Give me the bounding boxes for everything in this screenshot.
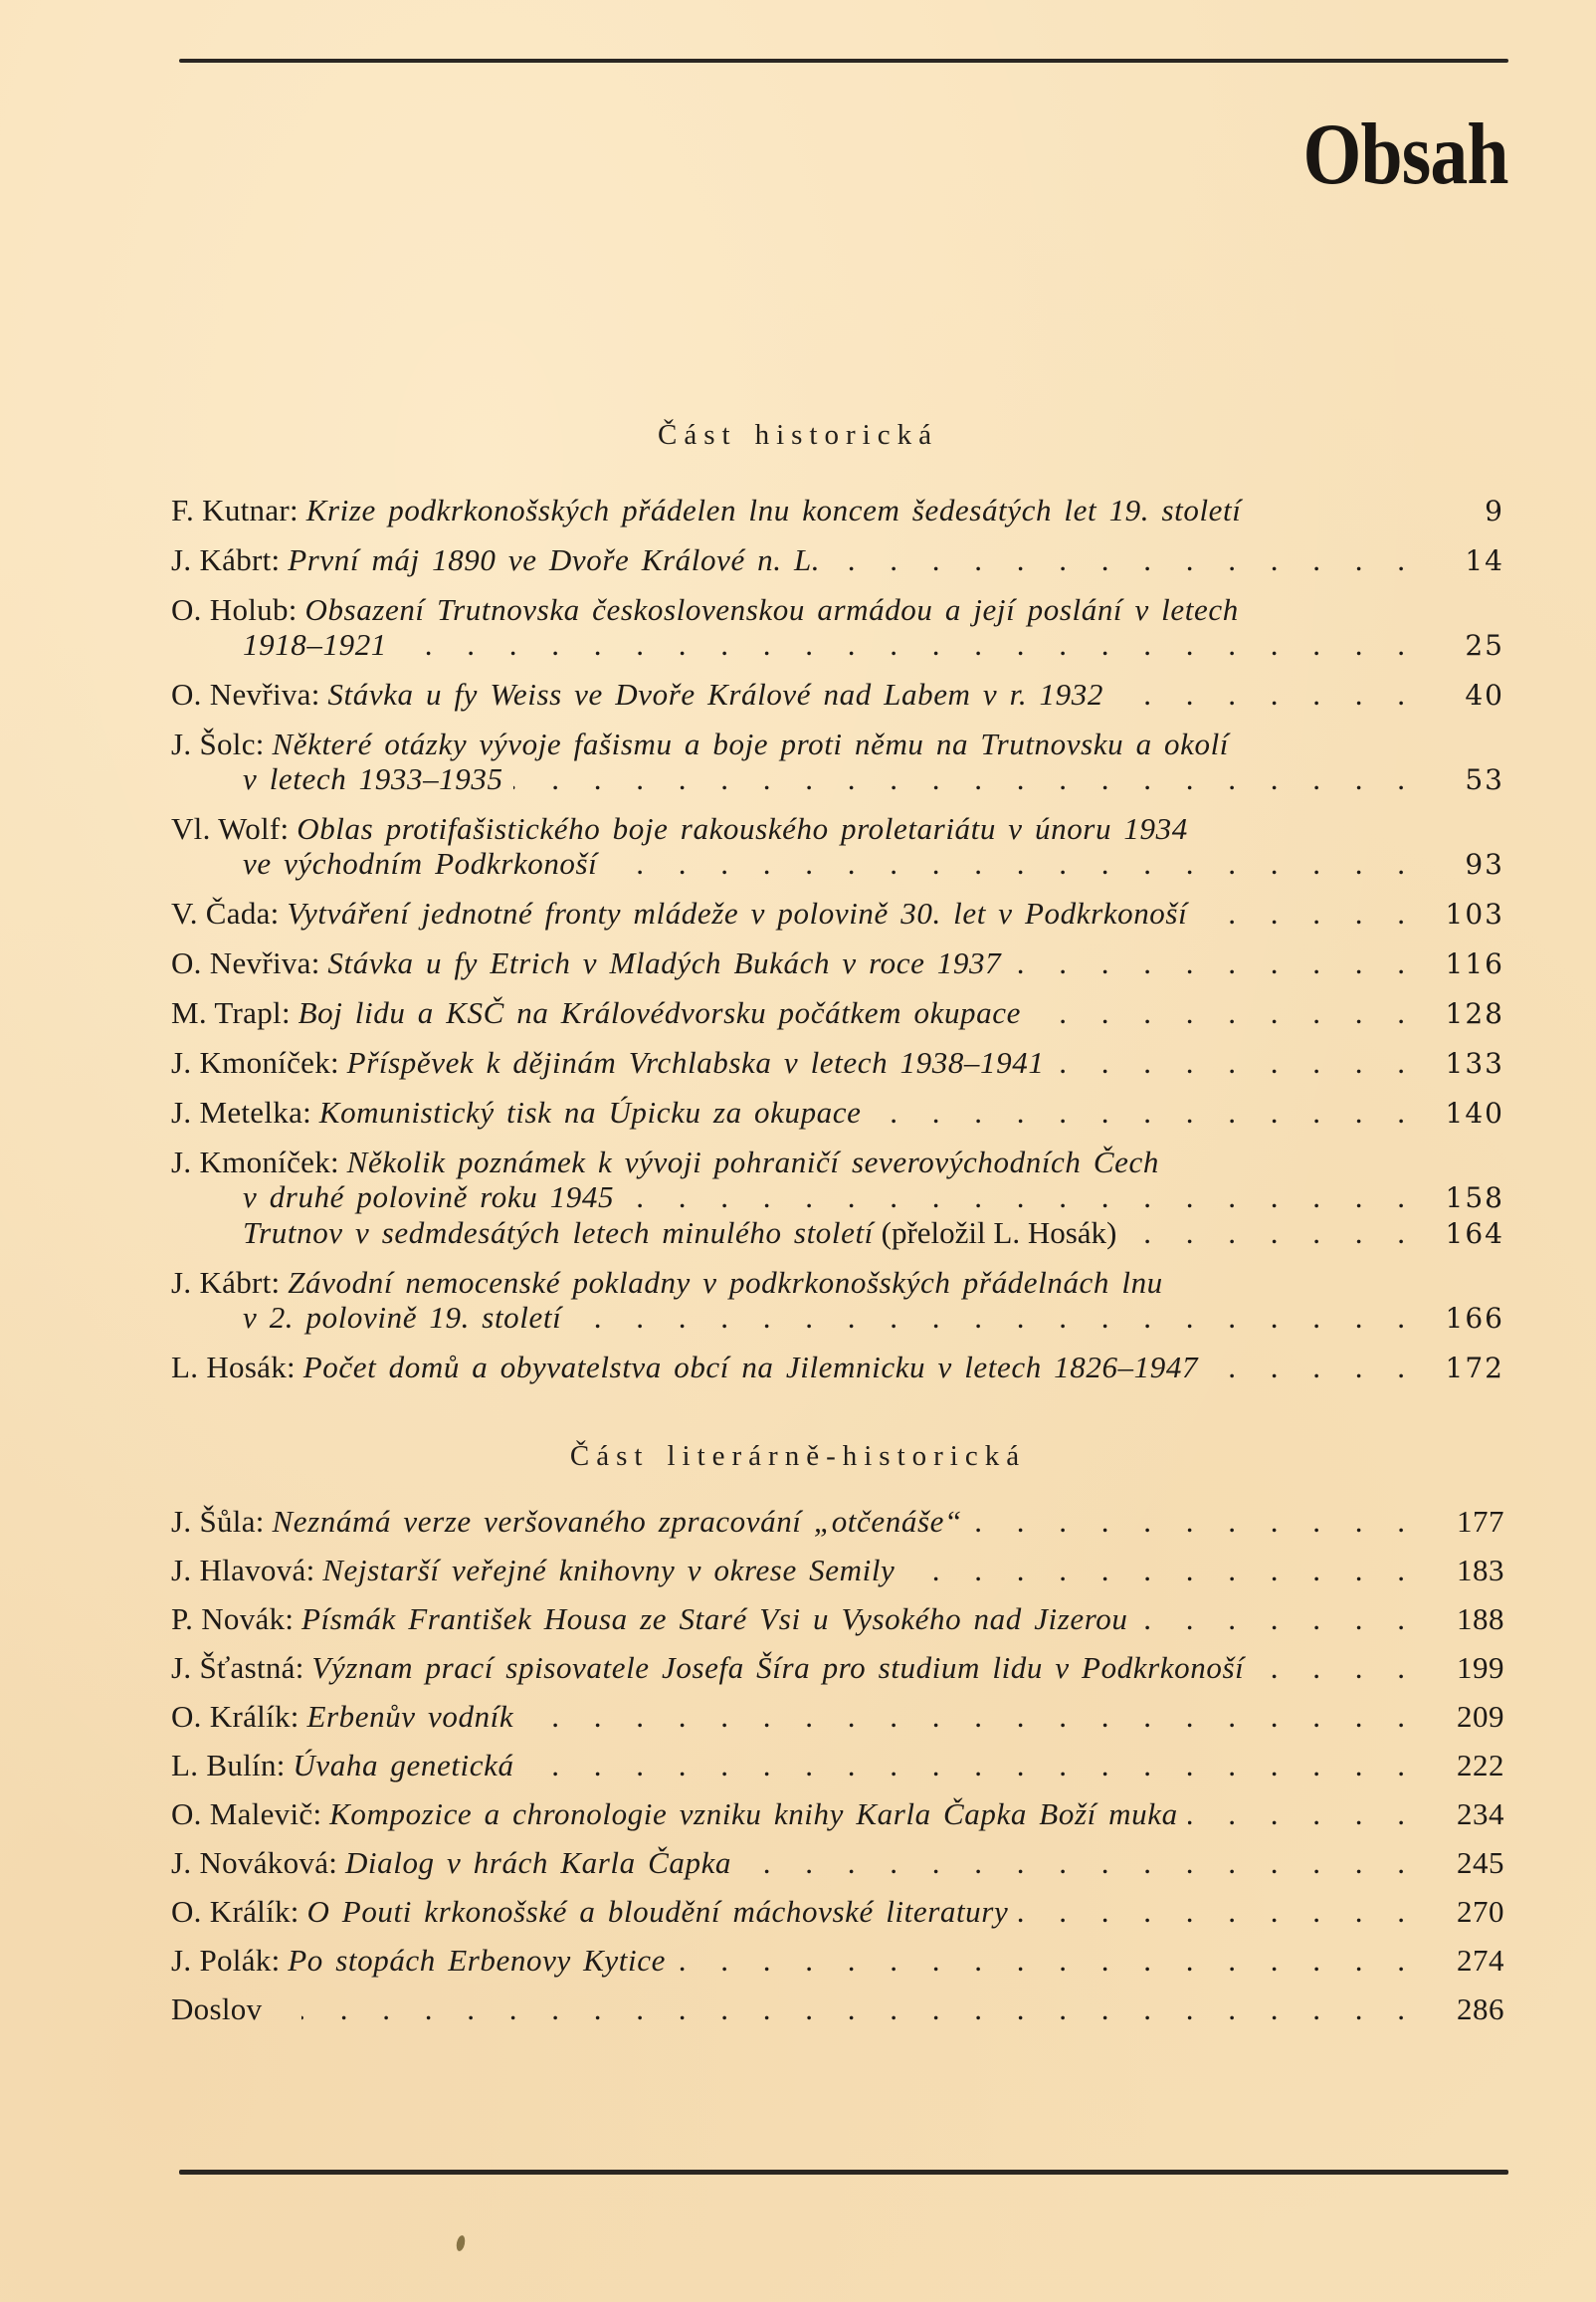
- entry-title: Počet domů a obyvatelstva obcí na Jilemn…: [303, 1350, 1198, 1384]
- entry-author: Vl. Wolf:: [171, 811, 289, 846]
- entry-title: Písmák František Housa ze Staré Vsi u Vy…: [301, 1601, 1127, 1636]
- dot-leader: [1126, 1215, 1405, 1250]
- toc-entry[interactable]: J. Šůla: Neznámá verze veršovaného zprac…: [171, 1504, 1504, 1539]
- entry-author: J. Metelka:: [171, 1095, 311, 1130]
- dot-leader: [972, 1504, 1405, 1539]
- entry-title-continued: ve východním Podkrkonoší: [243, 846, 597, 881]
- dot-leader: [571, 1300, 1405, 1335]
- entry-title: Stávka u fy Etrich v Mladých Bukách v ro…: [327, 945, 1001, 980]
- entry-page-number: 14: [1435, 543, 1504, 578]
- toc-entry[interactable]: J. Kábrt: Závodní nemocenské pokladny v …: [171, 1265, 1504, 1336]
- toc-entry[interactable]: O. Králík: O Pouti krkonošské a bloudění…: [171, 1894, 1504, 1929]
- entry-author: Doslov: [171, 1991, 262, 2026]
- entry-title: Několik poznámek k vývoji pohraničí seve…: [347, 1145, 1159, 1179]
- entry-page-number: 93: [1435, 847, 1504, 882]
- entry-author: M. Trapl:: [171, 995, 291, 1030]
- entry-title: Po stopách Erbenovy Kytice: [288, 1943, 666, 1978]
- entry-author: F. Kutnar:: [171, 493, 299, 527]
- dot-leader: [741, 1845, 1405, 1880]
- entry-page-number: 209: [1435, 1699, 1504, 1734]
- toc-entry[interactable]: J. Kmoníček: Příspěvek k dějinám Vrchlab…: [171, 1045, 1504, 1081]
- entry-author: J. Kábrt:: [171, 1265, 280, 1300]
- toc-entry[interactable]: L. Bulín: Úvaha genetická222: [171, 1748, 1504, 1782]
- entry-page-number: 164: [1435, 1216, 1504, 1251]
- toc-entry[interactable]: J. Šťastná: Význam prací spisovatele Jos…: [171, 1650, 1504, 1685]
- entry-author: L. Hosák:: [171, 1350, 296, 1384]
- entry-title: Příspěvek k dějinám Vrchlabska v letech …: [347, 1045, 1045, 1080]
- entry-page-number: 140: [1435, 1096, 1504, 1131]
- entry-author: O. Holub:: [171, 592, 298, 627]
- entry-author: O. Nevřiva:: [171, 677, 320, 712]
- entry-author: P. Novák:: [171, 1601, 294, 1636]
- entry-title: Dialog v hrách Karla Čapka: [345, 1845, 731, 1880]
- entry-page-number: 199: [1435, 1650, 1504, 1685]
- toc-entry[interactable]: O. Holub: Obsazení Trutnovska českoslove…: [171, 592, 1504, 663]
- dot-leader: [1138, 1601, 1406, 1636]
- dot-leader: [1054, 1045, 1405, 1080]
- toc-entry[interactable]: O. Nevřiva: Stávka u fy Weiss ve Dvoře K…: [171, 677, 1504, 713]
- entry-author: O. Králík:: [171, 1699, 299, 1734]
- toc-entry[interactable]: P. Novák: Písmák František Housa ze Star…: [171, 1601, 1504, 1636]
- dot-leader: [872, 1095, 1406, 1130]
- entry-title-continued: 1918–1921: [243, 627, 387, 662]
- entry-author: J. Kmoníček:: [171, 1045, 339, 1080]
- toc-entry[interactable]: M. Trapl: Boj lidu a KSČ na Královédvors…: [171, 995, 1504, 1031]
- entry-title: Komunistický tisk na Úpicku za okupace: [319, 1095, 862, 1130]
- entry-title-continued: v druhé polovině roku 1945: [243, 1179, 614, 1214]
- dot-leader: [676, 1943, 1405, 1978]
- entry-title: Kompozice a chronologie vzniku knihy Kar…: [329, 1796, 1178, 1831]
- dot-leader: [607, 846, 1405, 881]
- entry-author: V. Čada:: [171, 896, 280, 931]
- entry-page-number: 128: [1435, 996, 1504, 1031]
- section-heading-literary-historical: Částliterárně-historická: [0, 1440, 1596, 1473]
- entry-title: O Pouti krkonošské a bloudění máchovské …: [306, 1894, 1008, 1929]
- entry-title: Vytváření jednotné fronty mládeže v polo…: [287, 896, 1187, 931]
- entry-title: První máj 1890 ve Dvoře Králové n. L.: [288, 542, 820, 577]
- entry-page-number: 177: [1435, 1504, 1504, 1539]
- entry-page-number: 53: [1435, 762, 1504, 797]
- toc-entry[interactable]: O. Malevič: Kompozice a chronologie vzni…: [171, 1796, 1504, 1831]
- entry-title: Boj lidu a KSČ na Královédvorsku počátke…: [299, 995, 1021, 1030]
- entry-author: O. Králík:: [171, 1894, 299, 1929]
- entry-page-number: 274: [1435, 1943, 1504, 1978]
- section-heading-word: Část: [570, 1440, 650, 1472]
- entry-page-number: 40: [1435, 678, 1504, 713]
- dot-leader: [904, 1553, 1405, 1587]
- page-title: Obsah: [1303, 111, 1508, 199]
- dot-leader: [1113, 677, 1405, 712]
- entry-author: J. Kmoníček:: [171, 1145, 339, 1179]
- entry-page-number: 103: [1435, 897, 1504, 932]
- dot-leader: [523, 1699, 1405, 1734]
- entry-title: Úvaha genetická: [293, 1748, 513, 1782]
- toc-entry[interactable]: J. Hlavová: Nejstarší veřejné knihovny v…: [171, 1553, 1504, 1587]
- toc-entry[interactable]: Vl. Wolf: Oblas protifašistického boje r…: [171, 811, 1504, 882]
- dot-leader: [1197, 896, 1405, 931]
- entry-title: Některé otázky vývoje fašismu a boje pro…: [272, 727, 1229, 761]
- entry-author: O. Malevič:: [171, 1796, 321, 1831]
- entry-page-number: 183: [1435, 1553, 1504, 1587]
- entry-title-continued: v 2. polovině 19. století: [243, 1300, 561, 1335]
- dot-leader: [1188, 1796, 1405, 1831]
- entry-page-number: 286: [1435, 1991, 1504, 2026]
- section-heading-word: historická: [755, 419, 938, 451]
- entry-author: J. Šťastná:: [171, 1650, 304, 1685]
- entry-author: J. Šůla:: [171, 1504, 265, 1539]
- entry-page-number: 234: [1435, 1796, 1504, 1831]
- entry-page-number: 222: [1435, 1748, 1504, 1782]
- entry-title: Nejstarší veřejné knihovny v okrese Semi…: [322, 1553, 895, 1587]
- toc-entry[interactable]: F. Kutnar: Krize podkrkonošských přádele…: [171, 493, 1504, 528]
- entry-title-continued: v letech 1933–1935: [243, 761, 503, 796]
- dot-leader: [624, 1179, 1405, 1214]
- entry-title: Význam prací spisovatele Josefa Šíra pro…: [311, 1650, 1244, 1685]
- entry-page-number: 133: [1435, 1046, 1504, 1081]
- entry-page-number: 158: [1435, 1180, 1504, 1215]
- toc-entry[interactable]: J. Metelka: Komunistický tisk na Úpicku …: [171, 1095, 1504, 1131]
- toc-section-historical: F. Kutnar: Krize podkrkonošských přádele…: [171, 493, 1504, 1385]
- section-heading-historical: Částhistorická: [0, 419, 1596, 452]
- toc-entry[interactable]: Trutnov v sedmdesátých letech minulého s…: [171, 1215, 1504, 1251]
- dot-leader: [1011, 945, 1405, 980]
- top-rule: [179, 59, 1508, 63]
- entry-author: J. Nováková:: [171, 1845, 337, 1880]
- entry-title: Krize podkrkonošských přádelen lnu konce…: [306, 493, 1242, 527]
- entry-author: O. Nevřiva:: [171, 945, 320, 980]
- toc-entry[interactable]: J. Šolc: Některé otázky vývoje fašismu a…: [171, 727, 1504, 797]
- dot-leader: [397, 627, 1405, 662]
- dot-leader: [1254, 1650, 1405, 1685]
- entry-title: Obsazení Trutnovska československou armá…: [304, 592, 1238, 627]
- entry-page-number: 172: [1435, 1351, 1504, 1385]
- section-heading-word: Část: [658, 419, 737, 451]
- entry-author: J. Polák:: [171, 1943, 281, 1978]
- dot-leader: [1031, 995, 1405, 1030]
- dot-leader: [513, 761, 1405, 796]
- entry-author: J. Hlavová:: [171, 1553, 315, 1587]
- toc-section-literary-historical: J. Šůla: Neznámá verze veršovaného zprac…: [171, 1504, 1504, 2026]
- toc-entry-afterword[interactable]: Doslov286: [171, 1991, 1504, 2026]
- entry-page-number: 245: [1435, 1845, 1504, 1880]
- entry-note: (přeložil L. Hosák): [882, 1215, 1117, 1250]
- entry-title: Závodní nemocenské pokladny v podkrkonoš…: [288, 1265, 1163, 1300]
- entry-page-number: 166: [1435, 1301, 1504, 1336]
- toc-entry[interactable]: J. Polák: Po stopách Erbenovy Kytice274: [171, 1943, 1504, 1978]
- entry-page-number: 188: [1435, 1601, 1504, 1636]
- dot-leader: [830, 542, 1405, 577]
- toc-entry[interactable]: J. Nováková: Dialog v hrách Karla Čapka2…: [171, 1845, 1504, 1880]
- entry-title: Oblas protifašistického boje rakouského …: [297, 811, 1188, 846]
- toc-entry[interactable]: L. Hosák: Počet domů a obyvatelstva obcí…: [171, 1350, 1504, 1385]
- entry-page-number: 116: [1435, 946, 1504, 981]
- entry-author: J. Kábrt:: [171, 542, 280, 577]
- toc-entry[interactable]: J. Kábrt: První máj 1890 ve Dvoře Králov…: [171, 542, 1504, 578]
- section-heading-word: literárně-historická: [667, 1440, 1026, 1472]
- toc-entry[interactable]: O. Králík: Erbenův vodník209: [171, 1699, 1504, 1734]
- entry-title: Neznámá verze veršovaného zpracování „ot…: [272, 1504, 961, 1539]
- toc-entry[interactable]: J. Kmoníček: Několik poznámek k vývoji p…: [171, 1145, 1504, 1215]
- entry-title: Erbenův vodník: [306, 1699, 513, 1734]
- toc-entry[interactable]: V. Čada: Vytváření jednotné fronty mláde…: [171, 896, 1504, 932]
- dot-leader: [1208, 1350, 1405, 1384]
- entry-title: Stávka u fy Weiss ve Dvoře Králové nad L…: [327, 677, 1103, 712]
- paper-blemish: [455, 2234, 466, 2251]
- dot-leader: [301, 1991, 1405, 2026]
- entry-page-number: 25: [1435, 628, 1504, 663]
- entry-author: L. Bulín:: [171, 1748, 286, 1782]
- entry-title: Trutnov v sedmdesátých letech minulého s…: [243, 1215, 874, 1250]
- bottom-rule: [179, 2170, 1508, 2175]
- dot-leader: [1018, 1894, 1405, 1929]
- dot-leader: [524, 1748, 1405, 1782]
- entry-page-number: 9: [1435, 494, 1504, 528]
- entry-page-number: 270: [1435, 1894, 1504, 1929]
- entry-author: J. Šolc:: [171, 727, 265, 761]
- toc-entry[interactable]: O. Nevřiva: Stávka u fy Etrich v Mladých…: [171, 945, 1504, 981]
